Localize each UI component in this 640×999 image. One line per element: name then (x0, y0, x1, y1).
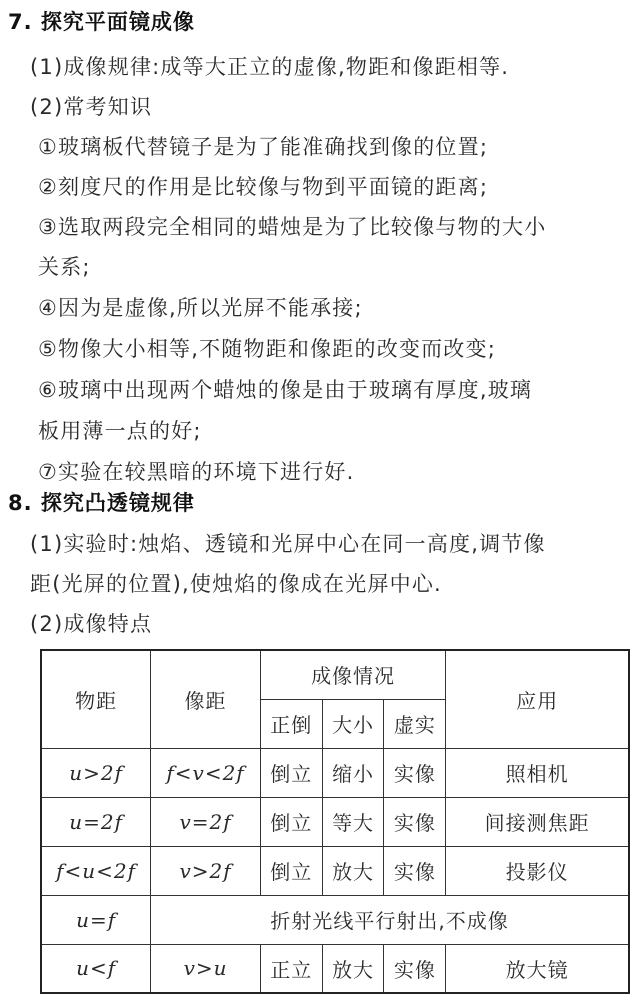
knowledge-item: ①玻璃板代替镜子是为了能准确找到像的位置; (38, 131, 488, 161)
cell-application: 间接测焦距 (446, 797, 629, 846)
knowledge-item: ④因为是虚像,所以光屏不能承接; (38, 292, 363, 322)
cell-u: u=f (41, 895, 151, 944)
features-title: (2)成像特点 (30, 608, 152, 638)
cell-u: f<u<2f (41, 846, 151, 895)
section-7-title: 7. 探究平面镜成像 (8, 6, 195, 36)
header-imaging: 成像情况 (260, 650, 445, 699)
header-object-distance: 物距 (41, 650, 151, 748)
cell-v: v>2f (151, 846, 261, 895)
cell-nature: 实像 (384, 797, 446, 846)
table-row: f<u<2f v>2f 倒立 放大 实像 投影仪 (41, 846, 629, 895)
cell-nature: 实像 (384, 944, 446, 993)
cell-v: v=2f (151, 797, 261, 846)
table-row: u>2f f<v<2f 倒立 缩小 实像 照相机 (41, 748, 629, 797)
cell-u: u>2f (41, 748, 151, 797)
cell-v: v>u (151, 944, 261, 993)
knowledge-item: ⑤物像大小相等,不随物距和像距的改变而改变; (38, 333, 496, 363)
header-size: 大小 (322, 699, 384, 748)
cell-orientation: 倒立 (260, 797, 322, 846)
cell-size: 放大 (322, 944, 384, 993)
cell-size: 放大 (322, 846, 384, 895)
header-image-distance: 像距 (151, 650, 261, 748)
cell-u: u=2f (41, 797, 151, 846)
cell-size: 缩小 (322, 748, 384, 797)
table-row: u=f 折射光线平行射出,不成像 (41, 895, 629, 944)
cell-application: 照相机 (446, 748, 629, 797)
cell-orientation: 倒立 (260, 748, 322, 797)
cell-nature: 实像 (384, 846, 446, 895)
knowledge-item: ②刻度尺的作用是比较像与物到平面镜的距离; (38, 171, 488, 201)
knowledge-item-continuation: 板用薄一点的好; (38, 415, 202, 445)
knowledge-title: (2)常考知识 (30, 91, 152, 121)
knowledge-item: ⑥玻璃中出现两个蜡烛的像是由于玻璃有厚度,玻璃 (38, 374, 532, 404)
table-row: u=2f v=2f 倒立 等大 实像 间接测焦距 (41, 797, 629, 846)
cell-application: 投影仪 (446, 846, 629, 895)
section-8-title: 8. 探究凸透镜规律 (8, 487, 195, 517)
cell-v: f<v<2f (151, 748, 261, 797)
imaging-rule: (1)成像规律:成等大正立的虚像,物距和像距相等. (30, 51, 509, 81)
cell-orientation: 倒立 (260, 846, 322, 895)
cell-orientation: 正立 (260, 944, 322, 993)
header-nature: 虚实 (384, 699, 446, 748)
knowledge-item: ⑦实验在较黑暗的环境下进行好. (38, 456, 355, 486)
cell-nature: 实像 (384, 748, 446, 797)
header-orientation: 正倒 (260, 699, 322, 748)
knowledge-item-continuation: 关系; (38, 251, 91, 281)
experiment-note-line-1: (1)实验时:烛焰、透镜和光屏中心在同一高度,调节像 (30, 528, 546, 558)
cell-u: u<f (41, 944, 151, 993)
cell-merged-note: 折射光线平行射出,不成像 (151, 895, 629, 944)
header-application: 应用 (446, 650, 629, 748)
cell-size: 等大 (322, 797, 384, 846)
cell-application: 放大镜 (446, 944, 629, 993)
experiment-note-line-2: 距(光屏的位置),使烛焰的像成在光屏中心. (30, 568, 442, 598)
knowledge-item: ③选取两段完全相同的蜡烛是为了比较像与物的大小 (38, 211, 546, 241)
convex-lens-table: 物距 像距 成像情况 应用 正倒 大小 虚实 u>2f f<v<2f 倒立 缩小… (40, 649, 630, 994)
table-row: u<f v>u 正立 放大 实像 放大镜 (41, 944, 629, 993)
